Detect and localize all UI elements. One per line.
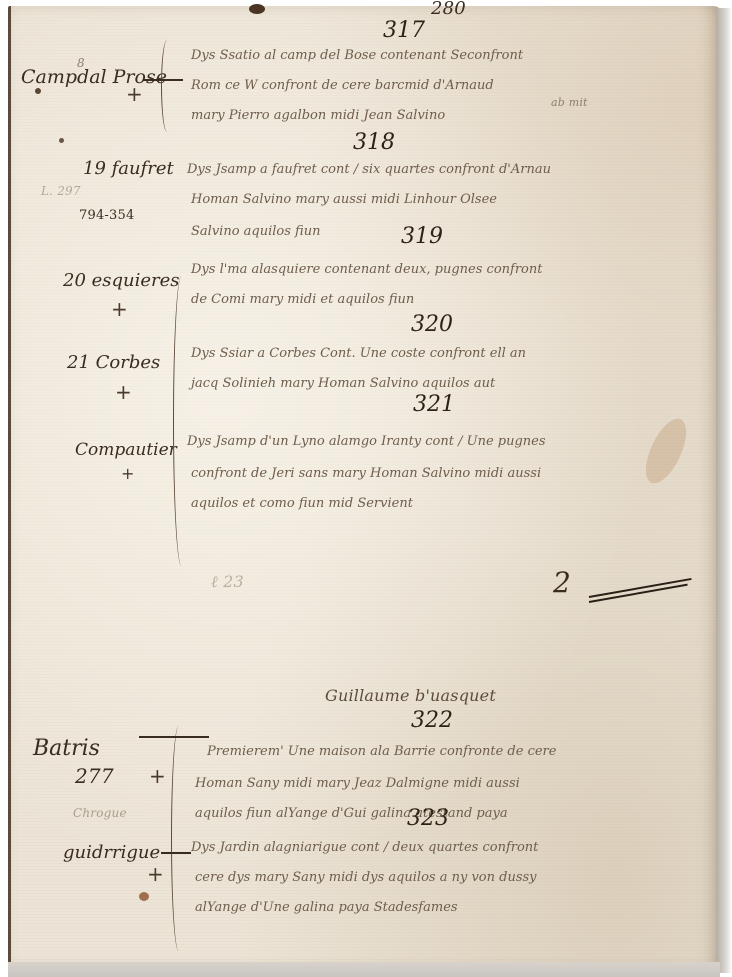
connector-line <box>161 852 191 854</box>
margin-bracket <box>173 276 194 566</box>
owner-heading: Guillaume b'uasquet <box>325 686 496 705</box>
entry-line: Dys Jsamp a faufret cont / six quartes c… <box>187 162 551 177</box>
entry-line: Salvino aquilos fiun <box>191 224 320 239</box>
entry-number-318: 318 <box>353 130 395 155</box>
entry-number-320: 320 <box>411 312 453 337</box>
page-bottom-edge <box>8 962 720 977</box>
strike-through <box>589 578 692 598</box>
entry-line: jacq Solinieh mary Homan Salvino aquilos… <box>191 376 495 391</box>
cross-mark: + <box>115 382 132 402</box>
margin-name-esquieres: 20 esquieres <box>63 270 180 291</box>
entry-line: Dys Jsamp d'un Lyno alamgo Iranty cont /… <box>187 434 546 449</box>
entry-line: confront de Jeri sans mary Homan Salvino… <box>191 466 541 481</box>
entry-number-321: 321 <box>413 392 455 417</box>
cross-mark: + <box>121 466 134 482</box>
entry-line: alYange d'Une galina paya Stadesfames <box>195 900 458 915</box>
entry-line: cere dys mary Sany midi dys aquilos a ny… <box>195 870 537 885</box>
manuscript-page: 280 Campdal Prose 8 + 19 faufret L. 297 … <box>8 6 723 972</box>
entry-line: aquilos fiun alYange d'Gui galina atesta… <box>195 806 508 821</box>
entry-number-322: 322 <box>411 708 453 733</box>
entry-line: Dys Jardin alagniarigue cont / deux quar… <box>191 840 538 855</box>
ink-spot <box>35 88 41 94</box>
entry-line: mary Pierro agalbon midi Jean Salvino <box>191 108 445 123</box>
cross-mark: + <box>126 84 143 104</box>
margin-reference-number: 277 <box>75 764 114 788</box>
margin-name-faufret: 19 faufret <box>83 158 174 179</box>
margin-name-campdal: Campdal Prose <box>21 66 167 88</box>
ink-blot <box>249 4 265 14</box>
ink-spot <box>59 138 64 143</box>
cross-mark: + <box>149 766 166 786</box>
cross-mark: + <box>147 864 164 884</box>
margin-bracket <box>171 726 190 951</box>
margin-name-corbes: 21 Corbes <box>67 352 160 373</box>
connector-line <box>139 736 209 738</box>
margin-name-guidrrigue: guidrrigue <box>63 842 160 863</box>
entry-line: Homan Salvino mary aussi midi Linhour Ol… <box>191 192 497 207</box>
entry-number-319: 319 <box>401 224 443 249</box>
entry-line: Dys l'ma alasquiere contenant deux, pugn… <box>191 262 542 277</box>
margin-reference-number: 794-354 <box>79 208 134 223</box>
entry-line: Dys Ssatio al camp del Bose contenant Se… <box>191 48 523 63</box>
faint-notation: ℓ 23 <box>211 572 244 592</box>
page-marker-top: 280 <box>431 0 466 19</box>
margin-note: 8 <box>77 56 85 70</box>
entry-line: Rom ce W confront de cere barcmid d'Arna… <box>191 78 494 93</box>
right-margin-note: ab mit <box>551 96 588 109</box>
folio-mark: 2 <box>553 566 571 599</box>
entry-line: Homan Sany midi mary Jeaz Dalmigne midi … <box>195 776 520 791</box>
connector-line <box>143 79 183 81</box>
margin-faint-note: Chrogue <box>73 806 127 820</box>
entry-number-323: 323 <box>407 806 449 831</box>
entry-line: Dys Ssiar a Corbes Cont. Une coste confr… <box>191 346 526 361</box>
entry-line: aquilos et como fiun mid Servient <box>191 496 413 511</box>
cross-mark: + <box>111 299 128 319</box>
edge-stain <box>638 413 695 489</box>
page-edge-shadow <box>716 8 732 973</box>
margin-name-batris: Batris <box>33 736 100 761</box>
rust-spot <box>139 892 149 901</box>
margin-faint-note: L. 297 <box>41 184 81 198</box>
entry-number-317: 317 <box>383 18 425 43</box>
entry-line: Premierem' Une maison ala Barrie confron… <box>207 744 556 759</box>
margin-name-compautier: Compautier <box>75 440 177 460</box>
margin-bracket <box>161 40 176 132</box>
entry-line: de Comi mary midi et aquilos fiun <box>191 292 414 307</box>
